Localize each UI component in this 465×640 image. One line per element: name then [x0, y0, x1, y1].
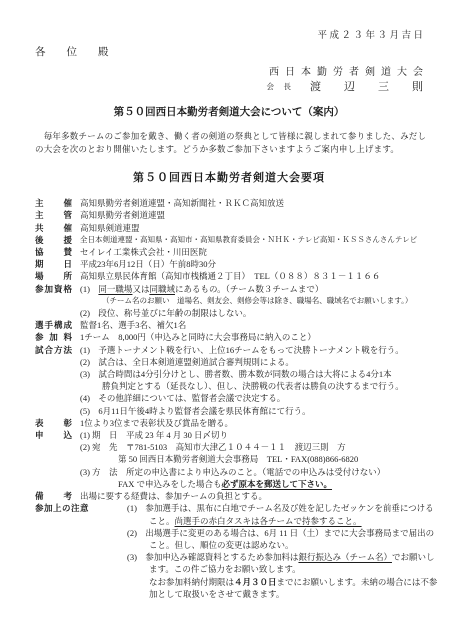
intro-line: の大会を次のとおり開催いたします。どうか多数ご参加下さいますようご案内申し上げま…	[35, 143, 423, 156]
outline-line: こと。但し、順位の変更は認めない。	[97, 539, 423, 551]
outline-content: (1) 期 日 平成 23 年 4 月 30 日〆切り(2) 宛 先 〒781-…	[80, 429, 423, 490]
text-segment: (3) 試合時間は4分引分けとし、勝者数、勝本数が同数の場合は大将による4分1本	[80, 369, 392, 379]
outline-line: (1) 予選トーナメント戦を行い、上位16チームをもって決勝トーナメント戦を行う…	[80, 344, 423, 356]
text-segment: FAX で申込みをした場合も	[118, 479, 222, 489]
text-segment: (1) 期 日 平成 23 年 4 月 30 日〆切り	[80, 430, 228, 440]
document-title: 第５０回西日本勤労者剣道大会について（案内）	[35, 107, 423, 119]
outline-row: 主管高知県勤労者剣道連盟	[35, 209, 423, 221]
text-segment: 全日本剣道連盟・高知県・高知市・高知県教育委員会・ＮＨＫ・テレビ高知・ＫＳＳさん…	[80, 235, 417, 244]
outline-line: 高知県剣道連盟	[80, 222, 423, 234]
outline-label: 備考	[35, 490, 72, 502]
outline-label: 選手構成	[35, 319, 72, 331]
outline-line: 出場に要する経費は、参加チームの負担とする。	[80, 490, 423, 502]
text-segment: ます。この件ご協力をお願い致します。	[149, 564, 301, 574]
outline-content: 1チーム 8,000円（申込みと同時に大会事務局に納入のこと）	[80, 331, 423, 343]
text-segment: 高知県剣道連盟	[80, 223, 140, 233]
outline-line: 高知県立県民体育館（高知市桟橋通２丁目） TEL（０８８）８３１－１１６６	[80, 270, 423, 282]
outline-row: 後援全日本剣道連盟・高知県・高知市・高知県教育委員会・ＮＨＫ・テレビ高知・ＫＳＳ…	[35, 234, 423, 246]
text-segment: (2) 試合は、全日本剣道連盟剣道試合審判規則による。	[80, 357, 294, 367]
outline-line: 1チーム 8,000円（申込みと同時に大会事務局に納入のこと）	[80, 331, 423, 343]
outline-label: 参加料	[35, 331, 72, 343]
text-segment: (1) 参加選手は、黒布に白地でチーム名及び姓を記したゼッケンを前垂につける	[127, 503, 434, 513]
outline-line: 高知県勤労者剣道連盟	[80, 209, 423, 221]
text-segment: 同職域	[149, 284, 175, 294]
outline-label: 共催	[35, 222, 72, 234]
outline-line: 監督1名、選手3名、補欠1名	[80, 319, 423, 331]
outline-label: 主催	[35, 197, 72, 209]
text-segment: 高知県勤労者剣道連盟・高知新聞社・ＲＫＣ高知放送	[80, 198, 284, 208]
outline-line: (2) 試合は、全日本剣道連盟剣道試合審判規則による。	[80, 356, 423, 368]
outline-content: 出場に要する経費は、参加チームの負担とする。	[80, 490, 423, 502]
text-segment: (5) 6月11日午後4時より監督者会議を県民体育館にて行う。	[80, 406, 311, 416]
outline-line: (4) その他詳細については、監督者会議で決定する。	[80, 392, 423, 404]
text-segment: 平成23年6月12日（日）午前8時30分	[80, 259, 216, 269]
outline-list: 主催高知県勤労者剣道連盟・高知新聞社・ＲＫＣ高知放送主管高知県勤労者剣道連盟共催…	[35, 197, 423, 600]
outline-line: こと。尚選手の赤白タスキは各チームで持参すること。	[97, 515, 423, 527]
outline-line: (3) 試合時間は4分引分けとし、勝者数、勝本数が同数の場合は大将による4分1本	[80, 368, 423, 380]
president-name: 渡 辺 三 則	[310, 81, 429, 93]
outline-label: 表彰	[35, 417, 72, 429]
outline-line: 加として取扱いをさせて戴きます。	[97, 588, 423, 600]
outline-label: 後援	[35, 234, 72, 246]
text-segment: 加として取扱いをさせて戴きます。	[149, 589, 284, 599]
outline-line: なお参加料納付期限は４月３０日までにお願いします。未納の場合には不参	[97, 576, 423, 588]
section-title: 第５０回西日本勤労者剣道大会要項	[35, 172, 423, 184]
text-segment: こと。但し、順位の変更は認めない。	[149, 540, 294, 550]
outline-line: 1位より3位まで表彰状及び賞品を贈る。	[80, 417, 423, 429]
document-date: 平成２３年３月吉日	[35, 30, 426, 42]
outline-row: 参加料1チーム 8,000円（申込みと同時に大会事務局に納入のこと）	[35, 331, 423, 343]
text-segment: 高知県立県民体育館（高知市桟橋通２丁目） TEL（０８８）８３１－１１６６	[80, 271, 380, 281]
text-segment: (3) 参加申込み確認資料とするため参加料は	[127, 552, 298, 562]
text-segment: 1位より3位まで表彰状及び賞品を贈る。	[80, 418, 233, 428]
text-segment: 出場に要する経費は、参加チームの負担とする。	[80, 491, 267, 501]
outline-content: 高知県剣道連盟	[80, 222, 423, 234]
text-segment: 第 50 回西日本勤労者剣道大会事務局 TEL・FAX(088)866-6820	[118, 454, 358, 464]
text-segment: 勝負判定とする（延長なし）、但し、決勝戦の代表者は勝負の決するまで行う。	[102, 381, 404, 391]
text-segment: 尚選手の赤白タスキは各チームで持参すること。	[175, 516, 362, 526]
text-segment: までにお願いします。未納の場合には不参	[277, 577, 438, 587]
outline-line: (3) 方 法 所定の申込書により申込みのこと。（電話での申込みは受付けない）	[80, 466, 423, 478]
organization-name: 西日本勤労者剣道大会	[35, 67, 429, 79]
text-segment: 高知県勤労者剣道連盟	[80, 210, 165, 220]
text-segment: 1チーム 8,000円（申込みと同時に大会事務局に納入のこと）	[80, 332, 316, 342]
outline-line: (1) 参加選手は、黒布に白地でチーム名及び姓を記したゼッケンを前垂につける	[97, 502, 423, 514]
text-segment: 必ず原本を郵送して下さい。	[222, 479, 333, 489]
outline-row: 共催高知県剣道連盟	[35, 222, 423, 234]
outline-line: (1) 期 日 平成 23 年 4 月 30 日〆切り	[80, 429, 423, 441]
outline-content: 1位より3位まで表彰状及び賞品を贈る。	[80, 417, 423, 429]
outline-row: 選手構成監督1名、選手3名、補欠1名	[35, 319, 423, 331]
text-segment: （チーム名のお願い 道場名、剣友会、剣修会等は除き、職場名、職域名でお願いします…	[102, 296, 412, 305]
text-segment: にあるもの。（チーム数３チームまで）	[175, 284, 323, 294]
text-segment: こと。	[149, 516, 175, 526]
outline-label: 場所	[35, 270, 72, 282]
text-segment: (1) 予選トーナメント戦を行い、上位16チームをもって決勝トーナメント戦を行う…	[80, 345, 404, 355]
text-segment: 又は	[132, 284, 149, 294]
outline-line: ます。この件ご協力をお願い致します。	[97, 563, 423, 575]
outline-line: 第 50 回西日本勤労者剣道大会事務局 TEL・FAX(088)866-6820	[80, 453, 423, 465]
outline-label: 試合方法	[35, 344, 72, 356]
document-page: 平成２３年３月吉日 各 位 殿 西日本勤労者剣道大会 会 長渡 辺 三 則 第５…	[0, 0, 465, 640]
text-segment: (1)	[80, 284, 98, 294]
text-segment: でお願いし	[392, 552, 435, 562]
outline-line: (2) 段位、称号並びに年齢の制限はしない。	[80, 307, 423, 319]
text-segment: 銀行振込み（チーム名）	[298, 552, 392, 562]
outline-line: 全日本剣道連盟・高知県・高知市・高知県教育委員会・ＮＨＫ・テレビ高知・ＫＳＳさん…	[80, 234, 423, 246]
text-segment: (3) 方 法 所定の申込書により申込みのこと。（電話での申込みは受付けない）	[80, 467, 385, 477]
text-segment: セイレイ工業株式会社・川田医院	[80, 247, 207, 257]
outline-row: 参加資格(1) 同一職場又は同職域にあるもの。（チーム数３チームまで）（チーム名…	[35, 283, 423, 320]
outline-content: セイレイ工業株式会社・川田医院	[80, 246, 423, 258]
outline-content: 全日本剣道連盟・高知県・高知市・高知県教育委員会・ＮＨＫ・テレビ高知・ＫＳＳさん…	[80, 234, 423, 246]
outline-content: 平成23年6月12日（日）午前8時30分	[80, 258, 423, 270]
outline-row: 場所高知県立県民体育館（高知市桟橋通２丁目） TEL（０８８）８３１－１１６６	[35, 270, 423, 282]
outline-content: 監督1名、選手3名、補欠1名	[80, 319, 423, 331]
addressee: 各 位 殿	[35, 47, 423, 59]
intro-paragraph: 毎年多数チームのご参加を戴き、働く者の剣道の祭典として皆様に親しまれて参りました…	[35, 130, 423, 156]
outline-row: 備考出場に要する経費は、参加チームの負担とする。	[35, 490, 423, 502]
outline-line: (2) 宛 先 〒781-5103 高知市大津乙１０４４－１１ 渡辺三則 方	[80, 441, 423, 453]
text-segment: なお参加料納付期限は	[149, 577, 234, 587]
outline-row: 参加上の注意(1) 参加選手は、黒布に白地でチーム名及び姓を記したゼッケンを前垂…	[35, 502, 423, 600]
outline-row: 期日平成23年6月12日（日）午前8時30分	[35, 258, 423, 270]
outline-label: 参加資格	[35, 283, 72, 295]
outline-line: FAX で申込みをした場合も必ず原本を郵送して下さい。	[80, 478, 423, 490]
outline-line: (3) 参加申込み確認資料とするため参加料は銀行振込み（チーム名）でお願いし	[97, 551, 423, 563]
text-segment: (4) その他詳細については、監督者会議で決定する。	[80, 393, 285, 403]
outline-content: 高知県勤労者剣道連盟・高知新聞社・ＲＫＣ高知放送	[80, 197, 423, 209]
outline-line: 高知県勤労者剣道連盟・高知新聞社・ＲＫＣ高知放送	[80, 197, 423, 209]
text-segment: 監督1名、選手3名、補欠1名	[80, 320, 186, 330]
president-title-label: 会 長	[267, 82, 293, 91]
outline-content: (1) 同一職場又は同職域にあるもの。（チーム数３チームまで）（チーム名のお願い…	[80, 283, 423, 320]
text-segment: 同一職場	[98, 284, 132, 294]
outline-row: 試合方法(1) 予選トーナメント戦を行い、上位16チームをもって決勝トーナメント…	[35, 344, 423, 417]
outline-line: (1) 同一職場又は同職域にあるもの。（チーム数３チームまで）	[80, 283, 423, 295]
outline-row: 主催高知県勤労者剣道連盟・高知新聞社・ＲＫＣ高知放送	[35, 197, 423, 209]
outline-label: 参加上の注意	[35, 502, 89, 514]
intro-line: 毎年多数チームのご参加を戴き、働く者の剣道の祭典として皆様に親しまれて参りました…	[35, 130, 423, 143]
text-segment: (2) 宛 先 〒781-5103 高知市大津乙１０４４－１１ 渡辺三則 方	[80, 442, 346, 452]
outline-content: 高知県勤労者剣道連盟	[80, 209, 423, 221]
outline-label: 申込	[35, 429, 72, 441]
outline-row: 協賛セイレイ工業株式会社・川田医院	[35, 246, 423, 258]
president-line: 会 長渡 辺 三 則	[35, 81, 423, 93]
outline-line: （チーム名のお願い 道場名、剣友会、剣修会等は除き、職場名、職域名でお願いします…	[80, 295, 423, 307]
text-segment: (2) 出場選手に変更のある場合は、6月 11 日（土）までに大会事務局まで届出…	[127, 528, 434, 538]
outline-label: 期日	[35, 258, 72, 270]
outline-line: セイレイ工業株式会社・川田医院	[80, 246, 423, 258]
outline-label: 主管	[35, 209, 72, 221]
outline-line: (2) 出場選手に変更のある場合は、6月 11 日（土）までに大会事務局まで届出…	[97, 527, 423, 539]
outline-line: 平成23年6月12日（日）午前8時30分	[80, 258, 423, 270]
outline-row: 申込(1) 期 日 平成 23 年 4 月 30 日〆切り(2) 宛 先 〒78…	[35, 429, 423, 490]
text-segment: (2) 段位、称号並びに年齢の制限はしない。	[80, 308, 251, 318]
outline-line: 勝負判定とする（延長なし）、但し、決勝戦の代表者は勝負の決するまで行う。	[80, 380, 423, 392]
outline-row: 表彰1位より3位まで表彰状及び賞品を贈る。	[35, 417, 423, 429]
outline-content: 高知県立県民体育館（高知市桟橋通２丁目） TEL（０８８）８３１－１１６６	[80, 270, 423, 282]
outline-content: (1) 予選トーナメント戦を行い、上位16チームをもって決勝トーナメント戦を行う…	[80, 344, 423, 417]
outline-content: (1) 参加選手は、黒布に白地でチーム名及び姓を記したゼッケンを前垂につけること…	[97, 502, 423, 600]
outline-label: 協賛	[35, 246, 72, 258]
text-segment: ４月３０日	[234, 577, 277, 587]
outline-line: (5) 6月11日午後4時より監督者会議を県民体育館にて行う。	[80, 405, 423, 417]
